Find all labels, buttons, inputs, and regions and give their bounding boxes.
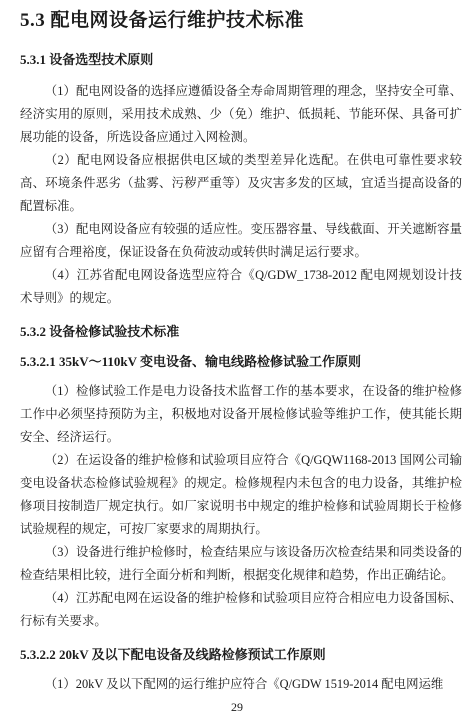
heading-5-3-1: 5.3.1 设备选型技术原则 (20, 51, 462, 68)
paragraph-5-3-2-1-item-4: （4）江苏配电网在运设备的维护检修和试验项目应符合相应电力设备国标、行标有关要求… (20, 587, 462, 633)
paragraph-5-3-1-item-1: （1）配电网设备的选择应遵循设备全寿命周期管理的理念，坚持安全可靠、经济实用的原… (20, 80, 462, 149)
paragraph-5-3-1-item-4: （4）江苏省配电网设备选型应符合《Q/GDW_1738-2012 配电网规划设计… (20, 264, 462, 310)
heading-5-3-2: 5.3.2 设备检修试验技术标准 (20, 323, 462, 340)
paragraph-5-3-2-2-item-1: （1）20kV 及以下配网的运行维护应符合《Q/GDW 1519-2014 配电… (20, 673, 462, 696)
heading-5-3-2-2: 5.3.2.2 20kV 及以下配电设备及线路检修预试工作原则 (20, 646, 462, 663)
paragraph-5-3-2-1-item-1: （1）检修试验工作是电力设备技术监督工作的基本要求，在设备的维护检修工作中必须坚… (20, 380, 462, 449)
doc-title: 5.3 配电网设备运行维护技术标准 (20, 8, 462, 34)
heading-5-3-2-1: 5.3.2.1 35kV～110kV 变电设备、输电线路检修试验工作原则 (20, 353, 462, 370)
paragraph-5-3-2-1-item-3: （3）设备进行维护检修时，检查结果应与该设备历次检查结果和同类设备的检查结果相比… (20, 541, 462, 587)
paragraph-5-3-2-1-item-2: （2）在运设备的维护检修和试验项目应符合《Q/GQW1168-2013 国网公司… (20, 449, 462, 541)
page-number: 29 (0, 700, 474, 714)
paragraph-5-3-1-item-3: （3）配电网设备应有较强的适应性。变压器容量、导线截面、开关遮断容量应留有合理裕… (20, 218, 462, 264)
paragraph-5-3-1-item-2: （2）配电网设备应根据供电区域的类型差异化选配。在供电可靠性要求较高、环境条件恶… (20, 149, 462, 218)
document-page: 5.3 配电网设备运行维护技术标准 5.3.1 设备选型技术原则 （1）配电网设… (0, 0, 474, 716)
